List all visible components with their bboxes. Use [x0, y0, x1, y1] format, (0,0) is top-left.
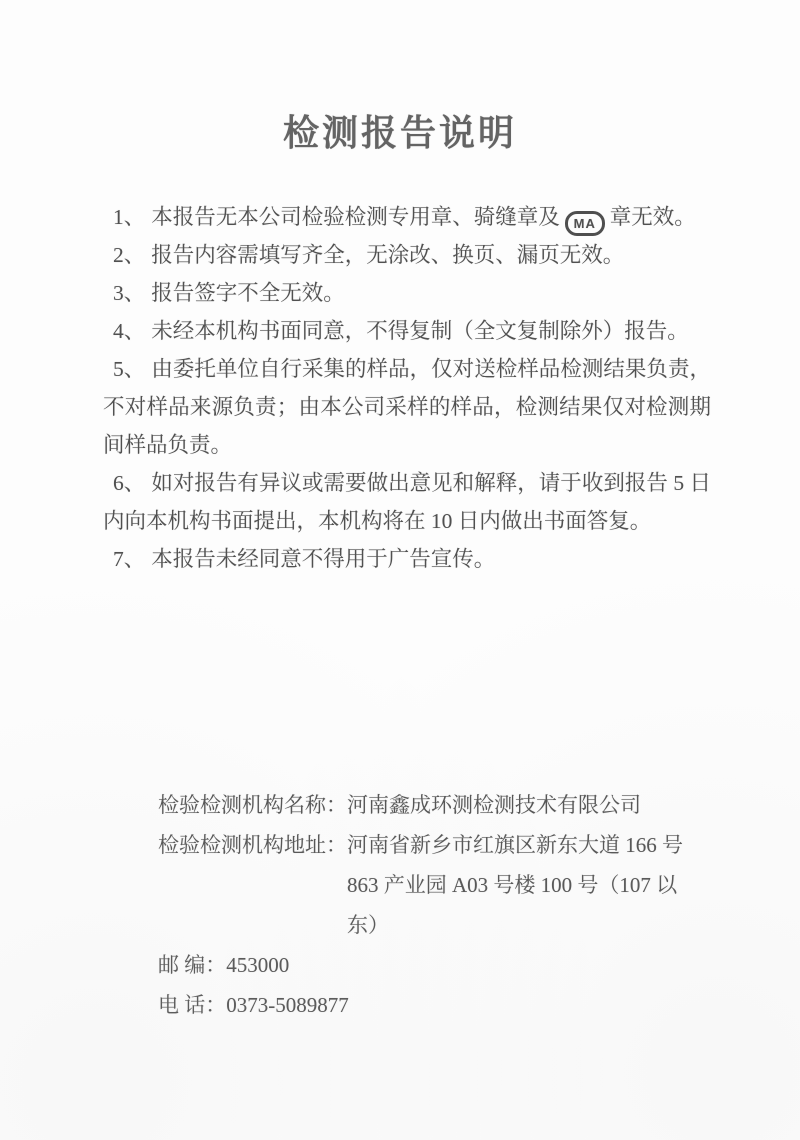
address-line: 863 产业园 A03 号楼 100 号（107 以 — [347, 865, 683, 905]
note-item-3: 3、报告签字不全无效。 — [103, 274, 711, 312]
note-number: 3、 — [113, 281, 145, 305]
note-text: 如对报告有异议或需要做出意见和解释，请于收到报告 5 日内向本机构书面提出，本机… — [103, 471, 711, 533]
postcode-value: 453000 — [226, 945, 289, 985]
note-item-7: 7、本报告未经同意不得用于广告宣传。 — [103, 540, 711, 578]
agency-address-row: 检验检测机构地址： 河南省新乡市红旗区新东大道 166 号 863 产业园 A0… — [158, 825, 683, 945]
scanned-report-page: 检测报告说明 1、本报告无本公司检验检测专用章、骑缝章及MA章无效。 2、报告内… — [0, 0, 800, 1140]
note-text: 由委托单位自行采集的样品，仅对送检样品检测结果负责，不对样品来源负责；由本公司采… — [103, 357, 711, 457]
note-text: 报告签字不全无效。 — [151, 281, 345, 305]
note-text: 未经本机构书面同意，不得复制（全文复制除外）报告。 — [151, 319, 689, 343]
agency-name-label: 检验检测机构名称： — [158, 785, 347, 825]
cma-mark-icon: MA — [565, 211, 605, 236]
note-item-2: 2、报告内容需填写齐全，无涂改、换页、漏页无效。 — [103, 236, 711, 274]
note-number: 6、 — [113, 471, 145, 495]
agency-address-label: 检验检测机构地址： — [158, 825, 347, 865]
agency-address-value: 河南省新乡市红旗区新东大道 166 号 863 产业园 A03 号楼 100 号… — [347, 825, 683, 945]
phone-row: 电 话： 0373-5089877 — [158, 985, 683, 1025]
postcode-row: 邮 编： 453000 — [158, 945, 683, 985]
phone-value: 0373-5089877 — [226, 985, 349, 1025]
note-text: 本报告未经同意不得用于广告宣传。 — [151, 547, 495, 571]
agency-name-value: 河南鑫成环测检测技术有限公司 — [347, 785, 641, 825]
note-number: 2、 — [113, 243, 145, 267]
note-text: 本报告无本公司检验检测专用章、骑缝章及 — [151, 205, 560, 229]
note-number: 1、 — [113, 205, 145, 229]
contact-block: 检验检测机构名称： 河南鑫成环测检测技术有限公司 检验检测机构地址： 河南省新乡… — [158, 785, 683, 1025]
note-item-6: 6、如对报告有异议或需要做出意见和解释，请于收到报告 5 日内向本机构书面提出，… — [103, 464, 711, 540]
note-number: 5、 — [113, 357, 145, 381]
note-number: 4、 — [113, 319, 145, 343]
note-number: 7、 — [113, 547, 145, 571]
page-title: 检测报告说明 — [0, 108, 800, 158]
note-text: 报告内容需填写齐全，无涂改、换页、漏页无效。 — [151, 243, 624, 267]
address-line: 东） — [347, 905, 683, 945]
phone-label: 电 话： — [158, 985, 226, 1025]
agency-name-row: 检验检测机构名称： 河南鑫成环测检测技术有限公司 — [158, 785, 683, 825]
notes-list: 1、本报告无本公司检验检测专用章、骑缝章及MA章无效。 2、报告内容需填写齐全，… — [103, 198, 711, 578]
cma-mark-label: MA — [574, 217, 596, 230]
note-item-4: 4、未经本机构书面同意，不得复制（全文复制除外）报告。 — [103, 312, 711, 350]
address-line: 河南省新乡市红旗区新东大道 166 号 — [347, 825, 683, 865]
note-item-5: 5、由委托单位自行采集的样品，仅对送检样品检测结果负责，不对样品来源负责；由本公… — [103, 350, 711, 464]
note-text: 章无效。 — [610, 205, 696, 229]
note-item-1: 1、本报告无本公司检验检测专用章、骑缝章及MA章无效。 — [103, 198, 711, 236]
postcode-label: 邮 编： — [158, 945, 226, 985]
